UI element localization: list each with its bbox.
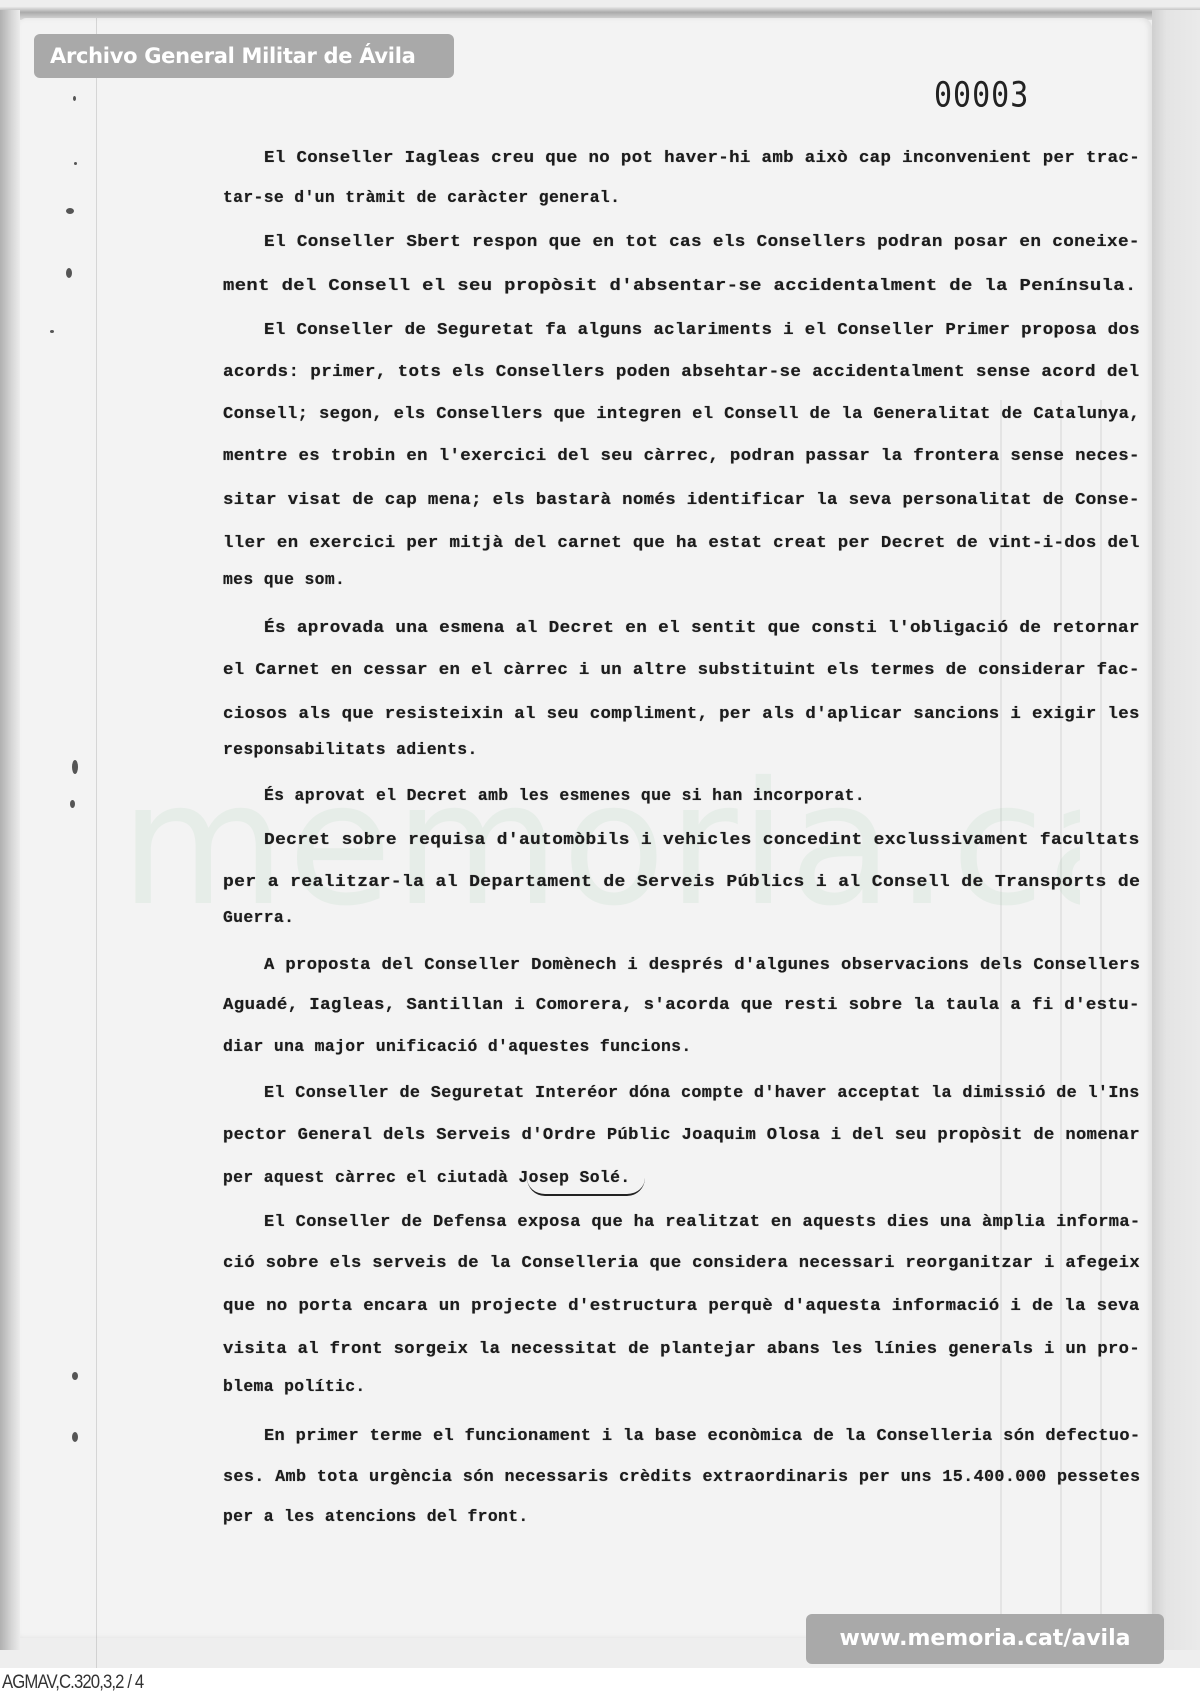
text-line: A proposta del Conseller Domènech i desp…: [264, 955, 1140, 974]
text-line: ment del Consell el seu propòsit d'absen…: [223, 276, 1137, 295]
text-line: mes que som.: [223, 570, 345, 589]
text-line: El Conseller Iagleas creu que no pot hav…: [264, 148, 1140, 167]
text-line: El Conseller de Seguretat Interéor dóna …: [264, 1083, 1140, 1102]
ink-speck: [66, 208, 74, 214]
text-line: ciosos als que resisteixin al seu compli…: [223, 704, 1140, 723]
website-badge[interactable]: www.memoria.cat/avila: [806, 1614, 1164, 1664]
text-line: ses. Amb tota urgència són necessaris cr…: [223, 1467, 1140, 1486]
text-line: blema polític.: [223, 1377, 366, 1396]
scan-streak: [1000, 400, 1002, 1650]
text-line: En primer terme el funcionament i la bas…: [264, 1426, 1140, 1445]
document-reference: AGMAV,C.320,3,2 / 4: [2, 1672, 143, 1694]
text-line: que no porta encara un projecte d'estruc…: [223, 1296, 1140, 1315]
archive-badge: Archivo General Militar de Ávila: [34, 34, 454, 78]
ink-speck: [70, 800, 75, 808]
text-line: ller en exercici per mitjà del carnet qu…: [223, 533, 1140, 552]
text-line: El Conseller Sbert respon que en tot cas…: [264, 232, 1140, 251]
ink-speck: [72, 1432, 78, 1442]
text-line: sitar visat de cap mena; els bastarà nom…: [223, 490, 1140, 509]
scan-left-edge: [0, 10, 20, 1650]
ink-speck: [72, 1372, 78, 1380]
text-line: mentre es trobin en l'exercici del seu c…: [223, 446, 1140, 465]
text-line: ció sobre els serveis de la Conselleria …: [223, 1253, 1140, 1272]
text-line: Decret sobre requisa d'automòbils i vehi…: [264, 830, 1140, 849]
text-line: El Conseller de Defensa exposa que ha re…: [264, 1212, 1140, 1231]
text-line: És aprovada una esmena al Decret en el s…: [264, 618, 1140, 637]
text-line: El Conseller de Seguretat fa alguns acla…: [264, 320, 1140, 339]
folio-number: 00003: [934, 75, 1029, 115]
text-line: Consell; segon, els Consellers que integ…: [223, 404, 1140, 423]
ink-speck: [50, 330, 54, 333]
ink-speck: [74, 162, 77, 165]
scan-right-edge: [1152, 10, 1200, 1650]
ink-speck: [72, 760, 78, 774]
text-line: per a realitzar-la al Departament de Ser…: [223, 872, 1140, 891]
scan-streak: [1060, 400, 1062, 1650]
text-line: tar-se d'un tràmit de caràcter general.: [223, 188, 620, 207]
text-line: És aprovat el Decret amb les esmenes que…: [264, 786, 865, 805]
text-line: Guerra.: [223, 908, 294, 927]
text-line: diar una major unificació d'aquestes fun…: [223, 1037, 692, 1056]
text-line: Aguadé, Iagleas, Santillan i Comorera, s…: [223, 995, 1140, 1014]
handwritten-underline: [527, 1178, 645, 1196]
text-line: per a les atencions del front.: [223, 1507, 529, 1526]
text-line: pector General dels Serveis d'Ordre Públ…: [223, 1125, 1140, 1144]
text-line: acords: primer, tots els Consellers pode…: [223, 362, 1140, 381]
ink-speck: [66, 268, 72, 278]
scan-streak: [1100, 400, 1102, 1650]
text-line: visita al front sorgeix la necessitat de…: [223, 1339, 1140, 1358]
margin-line: [96, 18, 97, 1668]
text-line: el Carnet en cessar en el càrrec i un al…: [223, 660, 1140, 679]
text-line: responsabilitats adients.: [223, 740, 478, 759]
ink-speck: [73, 96, 76, 101]
